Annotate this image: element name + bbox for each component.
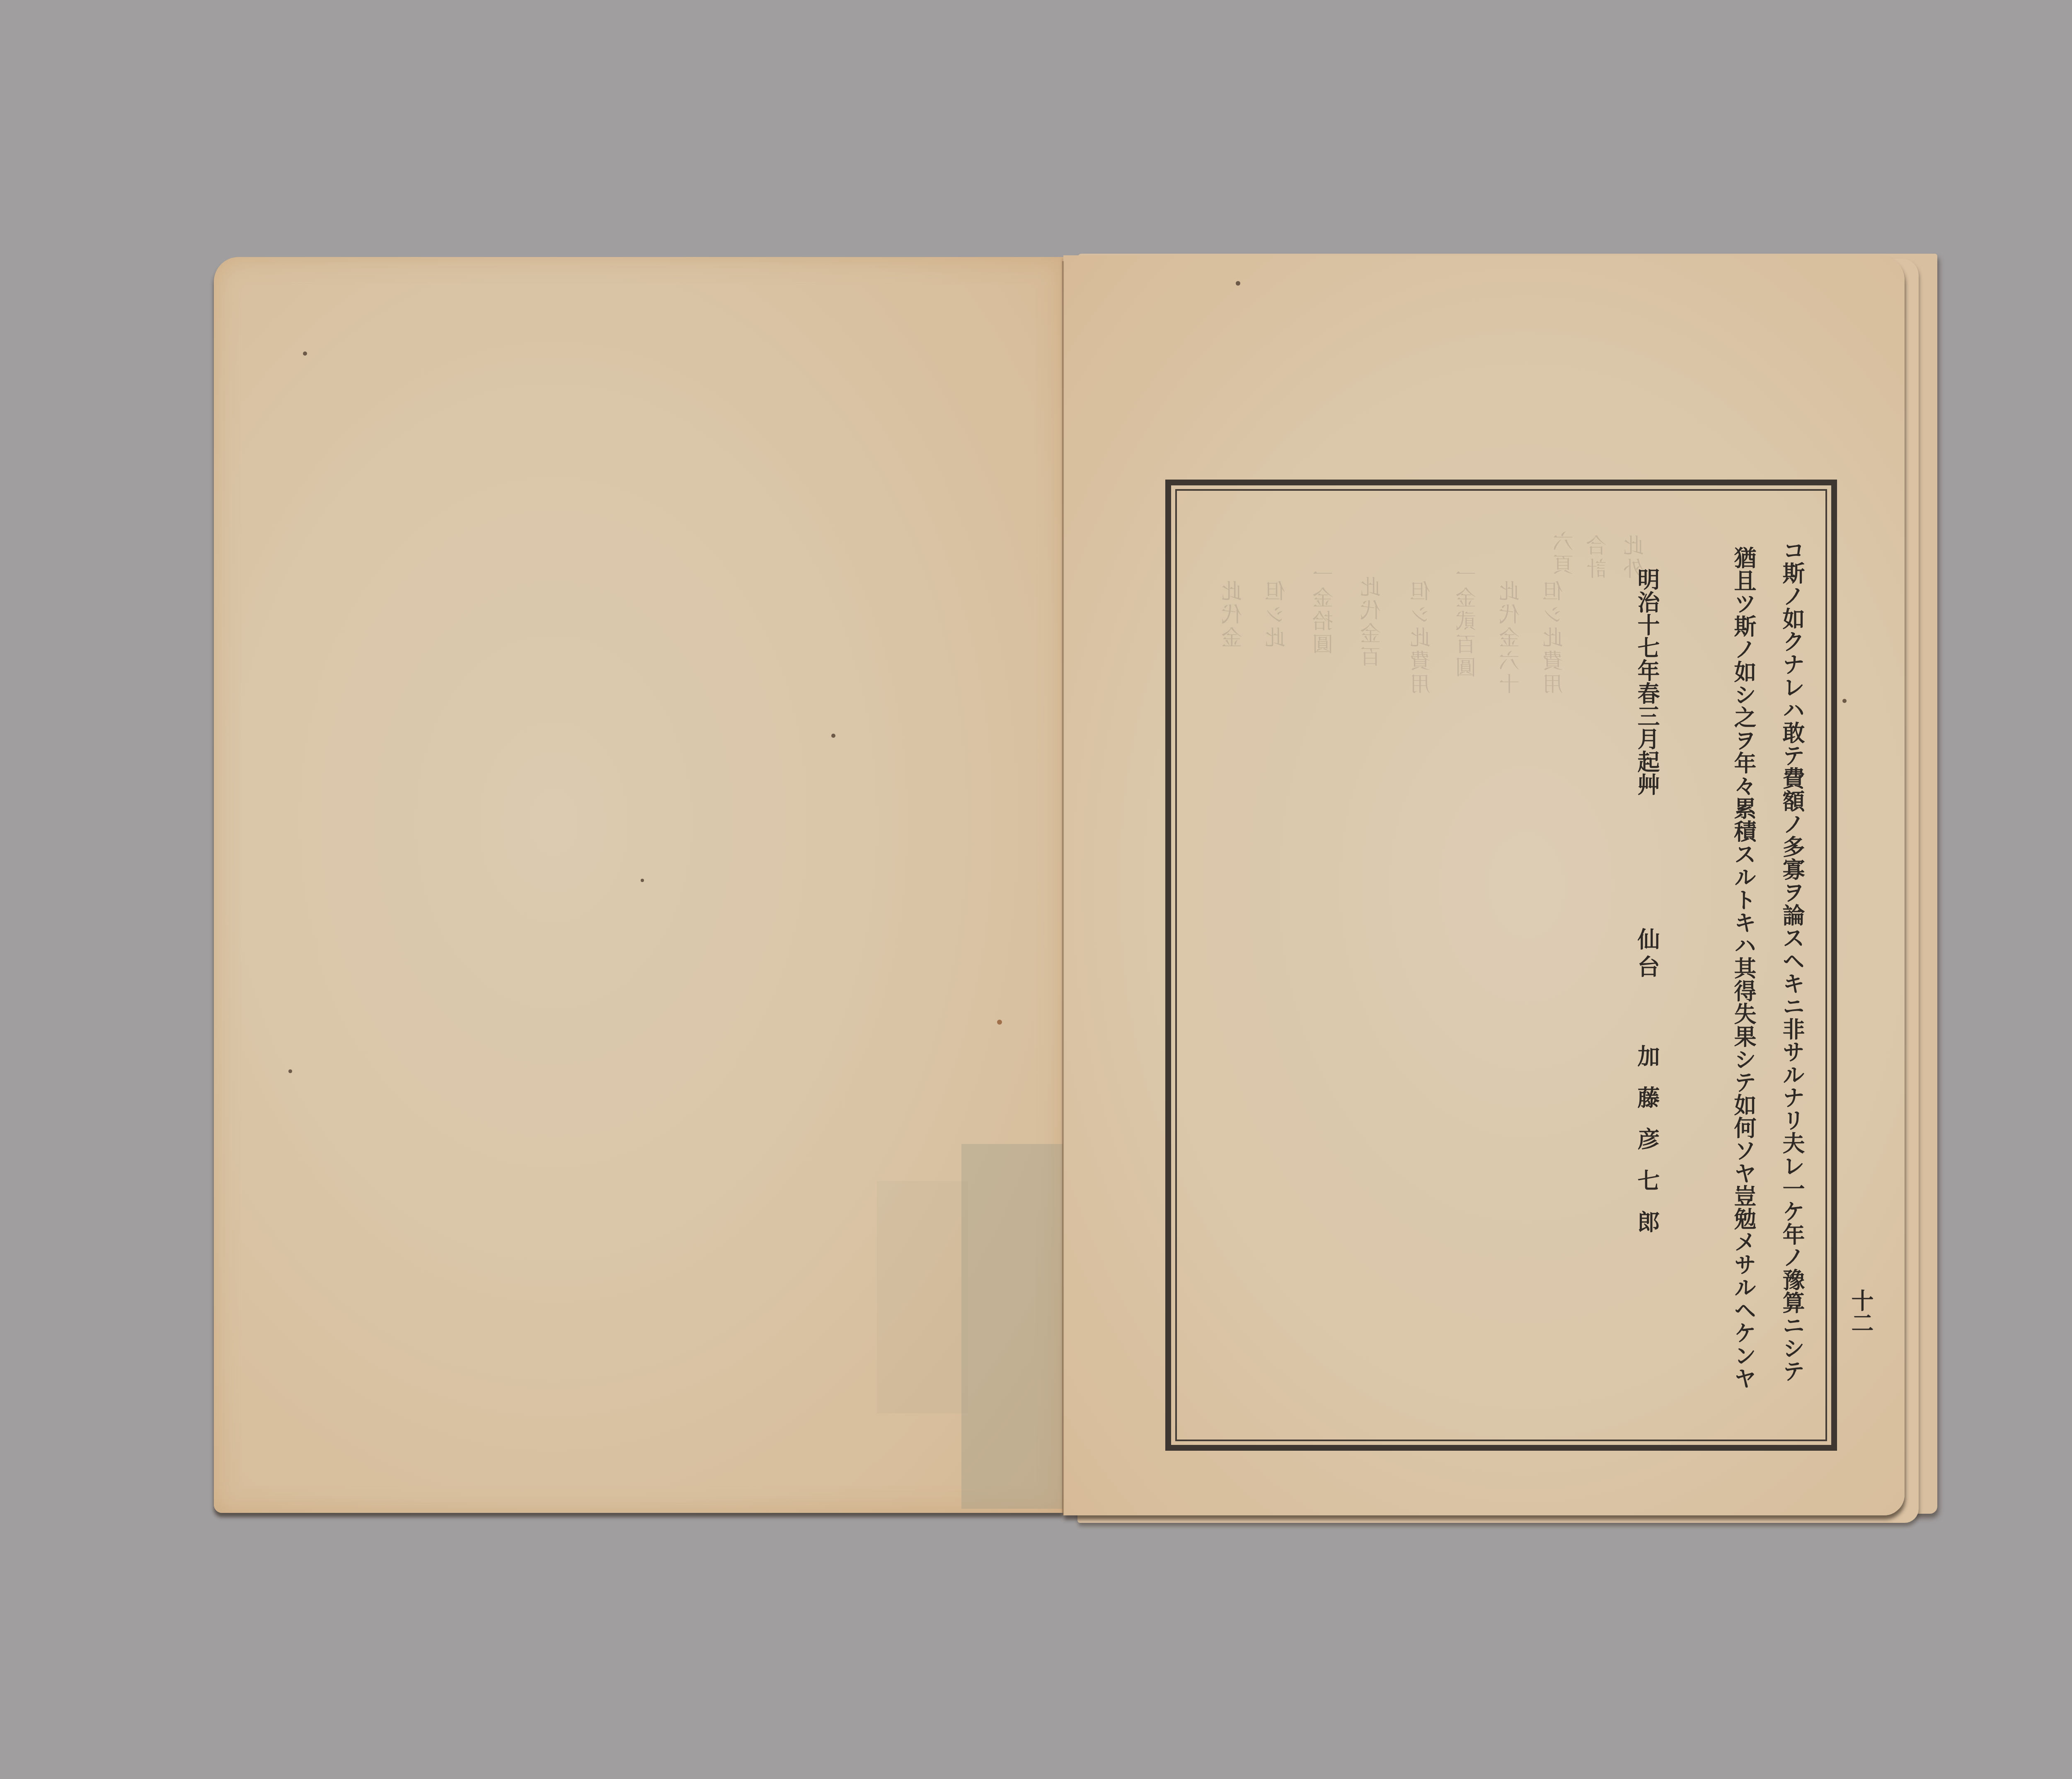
text-column-1: コ斯ノ如クナレハ敢テ費額ノ多寡ヲ論スヘキニ非サルナリ夫レ一ケ年ノ豫算ニシテ — [1781, 539, 1803, 1382]
faint-stain — [877, 1181, 968, 1413]
page-number: 十二 — [1850, 1289, 1872, 1334]
foxing-spot — [288, 1069, 292, 1073]
text-column-2: 猶且ツ斯ノ如シ之ヲ年々累積スルトキハ其得失果シテ如何ソヤ豈勉メサルヘケンヤ — [1733, 546, 1755, 1390]
foxing-spot — [1842, 699, 1847, 703]
book-gutter — [1062, 261, 1064, 1515]
foxing-spot — [997, 1020, 1002, 1025]
place-name: 仙台 — [1636, 928, 1658, 982]
author-name: 加藤彦七郎 — [1636, 1045, 1658, 1252]
foxing-spot — [303, 351, 307, 356]
text-frame-inner-border — [1175, 489, 1827, 1441]
gray-stain — [961, 1144, 1063, 1509]
foxing-spot — [1236, 281, 1240, 286]
foxing-spot — [831, 734, 835, 738]
date-line: 明治十七年春三月起艸 — [1636, 568, 1658, 796]
foxing-spot — [641, 879, 644, 882]
left-page — [214, 257, 1063, 1513]
